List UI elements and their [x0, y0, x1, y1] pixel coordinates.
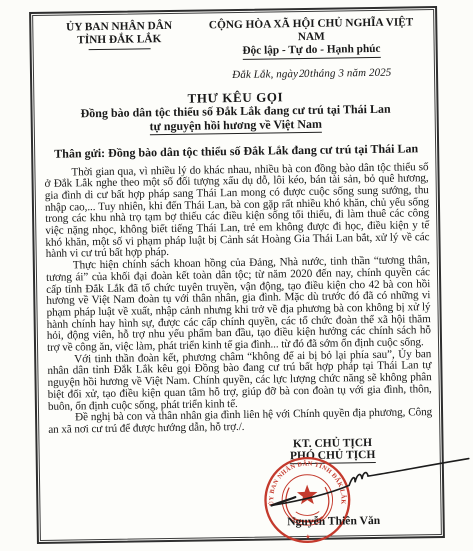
paragraph: Đề nghị bà con và thân nhân gia đình liê… — [48, 407, 432, 436]
issuing-authority: ỦY BAN NHÂN DÂN TỈNH ĐẮK LẮK — [42, 20, 197, 85]
paragraph: Với tinh thần đoàn kết, phương châm “khô… — [47, 349, 432, 413]
paragraph: Thực hiện chính sách khoan hồng của Đảng… — [46, 255, 431, 354]
paragraph: Thời gian qua, vì nhiều lý do khác nhau,… — [44, 162, 429, 261]
national-header: CỘNG HÒA XÃ HỘI CHỦ NGHĨA VIỆT NAM Độc l… — [196, 16, 427, 82]
dateline-suffix: tháng 3 năm 2025 — [310, 67, 392, 80]
document-border-frame: ỦY BAN NHÂN DÂN TỈNH ĐẮK LẮK CỘNG HÒA XÃ… — [29, 6, 445, 544]
signature-scribble — [269, 449, 472, 510]
signer-name: Nguyễn Thiên Văn — [234, 513, 434, 529]
letter-body: Thời gian qua, vì nhiều lý do khác nhau,… — [44, 162, 432, 437]
republic-name: CỘNG HÒA XÃ HỘI CHỦ NGHĨA VIỆT NAM — [196, 16, 427, 45]
letter-content: ỦY BAN NHÂN DÂN TỈNH ĐẮK LẮK CỘNG HÒA XÃ… — [33, 10, 441, 546]
salutation: Thân gửi: Đồng bào dân tộc thiểu số Đắk … — [44, 142, 428, 161]
dateline-day-handwritten: 20 — [298, 68, 310, 80]
signature-path — [271, 458, 470, 505]
scanned-letter-page: ỦY BAN NHÂN DÂN TỈNH ĐẮK LẮK CỘNG HÒA XÃ… — [0, 0, 473, 551]
letter-title-block: THƯ KÊU GỌI Đồng bào dân tộc thiểu số Đắ… — [43, 87, 428, 136]
dateline-prefix: Đắk Lắk, ngày — [232, 68, 298, 81]
letterhead: ỦY BAN NHÂN DÂN TỈNH ĐẮK LẮK CỘNG HÒA XÃ… — [42, 16, 427, 85]
dateline: Đắk Lắk, ngày20tháng 3 năm 2025 — [197, 66, 428, 82]
issuer-province: TỈNH ĐẮK LẮK — [42, 33, 196, 48]
national-motto: Độc lập - Tự do - Hạnh phúc — [196, 42, 427, 60]
seal-bottom-star-icon: ★ — [305, 533, 311, 540]
document-border-inner: ỦY BAN NHÂN DÂN TỈNH ĐẮK LẮK CỘNG HÒA XÃ… — [32, 9, 442, 541]
issuer-underline — [88, 48, 150, 50]
signature-block: KT. CHỦ TỊCH PHÓ CHỦ TỊCH — [232, 436, 434, 543]
